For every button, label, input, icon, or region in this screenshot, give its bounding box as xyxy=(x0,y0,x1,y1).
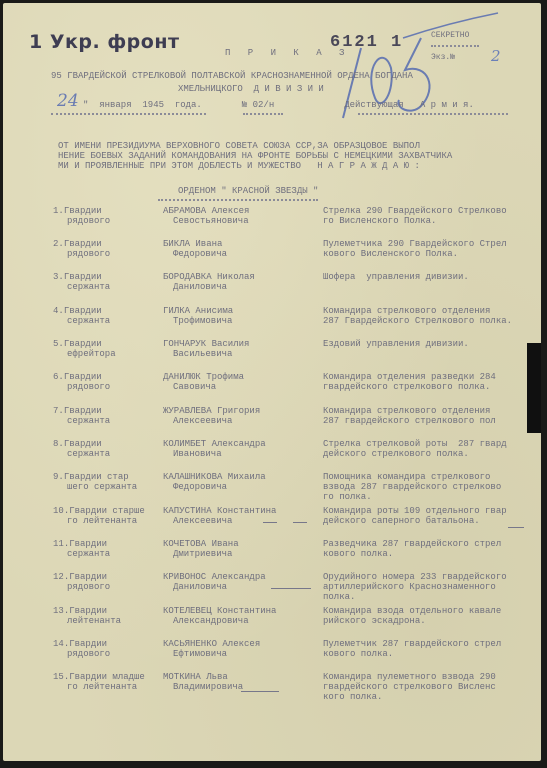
awardee-position: Стрелка 290 Гвардейского Стрелкового Вис… xyxy=(323,206,507,226)
name-line: Александровича xyxy=(163,616,249,626)
awardee-rank: 3.Гвардиисержанта xyxy=(53,272,110,292)
awardee-number: 8 xyxy=(53,439,58,449)
position-line: артиллерийского Краснознаменного xyxy=(323,582,496,592)
ink-dash xyxy=(241,691,279,692)
awardee-row: 1.ГвардиирядовогоАБРАМОВА АлексеяСевость… xyxy=(3,206,541,238)
rank-line: сержанта xyxy=(53,449,110,459)
name-line: ГИЛКА Анисима xyxy=(163,306,233,316)
name-line: ГОНЧАРУК Василия xyxy=(163,339,249,349)
awardee-number: 3 xyxy=(53,272,58,282)
position-line: кового полка. xyxy=(323,549,393,559)
awardee-name: КОЧЕТОВА ИванаДмитриевича xyxy=(163,539,239,559)
awardee-rank: 14.Гвардиирядового xyxy=(53,639,110,659)
awardee-row: 7.ГвардиисержантаЖУРАВЛЕВА ГригорияАлекс… xyxy=(3,406,541,438)
rank-line: рядового xyxy=(53,382,110,392)
position-line: полка. xyxy=(323,592,355,602)
name-line: КАЛАШНИКОВА Михаила xyxy=(163,472,266,482)
awardee-name: КОТЕЛЕВЕЦ КонстантинаАлександровича xyxy=(163,606,276,626)
ink-dash xyxy=(271,588,311,589)
rank-line: сержанта xyxy=(53,316,110,326)
awardee-rank: 8.Гвардиисержанта xyxy=(53,439,110,459)
name-line: КОЧЕТОВА Ивана xyxy=(163,539,239,549)
rank-line: Гвардии xyxy=(69,606,107,616)
awardee-rank: 1.Гвардиирядового xyxy=(53,206,110,226)
location: Действующая А р м и я. xyxy=(344,100,474,110)
awardee-row: 9.Гвардии старшего сержантаКАЛАШНИКОВА М… xyxy=(3,472,541,504)
position-line: Разведчика 287 гвардейского стрел xyxy=(323,539,501,549)
awardee-rank: 7.Гвардиисержанта xyxy=(53,406,110,426)
rank-line: Гвардии младше xyxy=(69,672,145,682)
position-line: гвардейского стрелкового полка. xyxy=(323,382,490,392)
rank-line: сержанта xyxy=(53,282,110,292)
name-line: Даниловича xyxy=(163,282,227,292)
awardee-number: 14 xyxy=(53,639,64,649)
name-line: Ефтимовича xyxy=(163,649,227,659)
awardee-rank: 5.Гвардииефрейтора xyxy=(53,339,116,359)
awardee-position: Командира пулеметного взвода 290гвардейс… xyxy=(323,672,496,702)
position-line: Командира взода отдельного кавале xyxy=(323,606,501,616)
rank-line: Гвардии xyxy=(69,639,107,649)
awardee-number: 13 xyxy=(53,606,64,616)
rank-line: сержанта xyxy=(53,416,110,426)
awardee-name: КАЛАШНИКОВА МихаилаФедоровича xyxy=(163,472,266,492)
rank-line: Гвардии xyxy=(69,572,107,582)
position-line: Орудийного номера 233 гвардейского xyxy=(323,572,507,582)
position-line: кого полка. xyxy=(323,692,382,702)
name-line: ДАНИЛЮК Трофима xyxy=(163,372,244,382)
name-line: КОЛИМБЕТ Александра xyxy=(163,439,266,449)
awardee-number: 5 xyxy=(53,339,58,349)
name-line: КРИВОНОС Александра xyxy=(163,572,266,582)
preamble-line-2: НЕНИЕ БОЕВЫХ ЗАДАНИЙ КОМАНДОВАНИЯ НА ФРО… xyxy=(58,151,452,161)
awardee-position: Разведчика 287 гвардейского стрелкового … xyxy=(323,539,501,559)
awardee-row: 5.ГвардииефрейтораГОНЧАРУК ВасилияВасиль… xyxy=(3,339,541,371)
rank-line: шего сержанта xyxy=(53,482,137,492)
position-line: дейского стрелкового полка. xyxy=(323,449,469,459)
unit-name-line-2: ХМЕЛЬНИЦКОГО Д И В И З И И xyxy=(178,84,324,94)
name-line: КОТЕЛЕВЕЦ Константина xyxy=(163,606,276,616)
awardee-position: Пулеметчика 290 Гвардейского Стрелкового… xyxy=(323,239,507,259)
awardee-number: 9 xyxy=(53,472,58,482)
position-line: 287 Гвардейского Стрелкового полка. xyxy=(323,316,512,326)
rank-line: Гвардии xyxy=(64,339,102,349)
preamble-line-1: ОТ ИМЕНИ ПРЕЗИДИУМА ВЕРХОВНОГО СОВЕТА СО… xyxy=(58,141,420,151)
position-line: Командира стрелкового отделения xyxy=(323,406,490,416)
awardee-number: 4 xyxy=(53,306,58,316)
rank-line: Гвардии xyxy=(64,406,102,416)
position-line: взвода 287 гвардейского стрелково xyxy=(323,482,501,492)
name-line: Трофимовича xyxy=(163,316,232,326)
awardee-rank: 10.Гвардии старшего лейтенанта xyxy=(53,506,145,526)
rank-line: Гвардии xyxy=(64,272,102,282)
rank-line: Гвардии xyxy=(64,306,102,316)
awardee-name: БОРОДАВКА НиколаяДаниловича xyxy=(163,272,255,292)
document-page: 1 Укр. фронт 6121 1 СЕКРЕТНО Экз.№ 2 П Р… xyxy=(3,3,541,761)
awardee-row: 4.ГвардиисержантаГИЛКА АнисимаТрофимович… xyxy=(3,306,541,338)
date-line: " января 1945 года.№ 02/нДействующая А р… xyxy=(51,100,474,110)
position-line: Командира отделения разведки 284 xyxy=(323,372,496,382)
unit-name-line-1: 95 ГВАРДЕЙСКОЙ СТРЕЛКОВОЙ ПОЛТАВСКОЙ КРА… xyxy=(51,71,413,81)
position-line: Помощника командира стрелкового xyxy=(323,472,490,482)
order-no-underline xyxy=(243,113,283,115)
position-line: Стрелка 290 Гвардейского Стрелково xyxy=(323,206,507,216)
awardee-name: МОТКИНА ЛьваВладимировича xyxy=(163,672,243,692)
awardee-position: Стрелка стрелковой роты 287 гварддейског… xyxy=(323,439,507,459)
awardee-name: ЖУРАВЛЕВА ГригорияАлексеевича xyxy=(163,406,260,426)
position-line: Шофера управления дивизии. xyxy=(323,272,469,282)
awardee-position: Ездовий управления дивизии. xyxy=(323,339,469,349)
awardee-number: 2 xyxy=(53,239,58,249)
position-line: го Висленского Полка. xyxy=(323,216,436,226)
position-line: рийского эскадрона. xyxy=(323,616,426,626)
awardee-number: 7 xyxy=(53,406,58,416)
awardee-rank: 6.Гвардиирядового xyxy=(53,372,110,392)
handwritten-105-annotation xyxy=(333,8,503,128)
awardee-position: Командира стрелкового отделения287 Гвард… xyxy=(323,306,512,326)
name-line: Алексеевича xyxy=(163,516,232,526)
rank-line: Гвардии xyxy=(64,439,102,449)
rank-line: Гвардии xyxy=(69,539,107,549)
page-edge-tear xyxy=(527,343,541,433)
awardee-number: 11 xyxy=(53,539,64,549)
rank-line: рядового xyxy=(53,249,110,259)
rank-line: Гвардии стар xyxy=(64,472,129,482)
awardee-row: 2.ГвардиирядовогоБИКЛА ИванаФедоровичаПу… xyxy=(3,239,541,271)
location-underline xyxy=(358,113,508,115)
awardee-number: 1 xyxy=(53,206,58,216)
rank-line: го лейтенанта xyxy=(53,682,137,692)
name-line: Севостьяновича xyxy=(163,216,249,226)
rank-line: рядового xyxy=(53,582,110,592)
position-line: 287 гвардейского стрелкового пол xyxy=(323,416,496,426)
awardee-rank: 9.Гвардии старшего сержанта xyxy=(53,472,137,492)
order-number: № 02/н xyxy=(242,100,274,110)
ink-dash xyxy=(263,522,277,523)
date-underline xyxy=(51,113,206,115)
awardee-position: Пулеметчик 287 гвардейского стрелкового … xyxy=(323,639,501,659)
awardee-position: Помощника командира стрелковоговзвода 28… xyxy=(323,472,501,502)
rank-line: сержанта xyxy=(53,549,110,559)
position-line: Пулеметчика 290 Гвардейского Стрел xyxy=(323,239,507,249)
position-line: Ездовий управления дивизии. xyxy=(323,339,469,349)
rank-line: Гвардии xyxy=(64,239,102,249)
rank-line: Гвардии старше xyxy=(69,506,145,516)
award-heading: ОРДЕНОМ " КРАСНОЙ ЗВЕЗДЫ " xyxy=(178,186,318,196)
awardee-row: 13.ГвардиилейтенантаКОТЕЛЕВЕЦ Константин… xyxy=(3,606,541,638)
name-line: КАСЬЯНЕНКО Алексея xyxy=(163,639,260,649)
position-line: го полка. xyxy=(323,492,372,502)
position-line: Командира роты 109 отдельного гвар xyxy=(323,506,507,516)
name-line: БИКЛА Ивана xyxy=(163,239,222,249)
awardee-name: АБРАМОВА АлексеяСевостьяновича xyxy=(163,206,249,226)
awardee-position: Командира роты 109 отдельного гвардейско… xyxy=(323,506,507,526)
awardee-number: 6 xyxy=(53,372,58,382)
name-line: БОРОДАВКА Николая xyxy=(163,272,255,282)
awardee-rank: 12.Гвардиирядового xyxy=(53,572,110,592)
rank-line: лейтенанта xyxy=(53,616,121,626)
awardee-position: Командира стрелкового отделения287 гвард… xyxy=(323,406,496,426)
awardee-row: 6.ГвардиирядовогоДАНИЛЮК ТрофимаСавовича… xyxy=(3,372,541,404)
name-line: КАПУСТИНА Константина xyxy=(163,506,276,516)
awardee-rank: 4.Гвардиисержанта xyxy=(53,306,110,326)
name-line: МОТКИНА Льва xyxy=(163,672,228,682)
name-line: Владимировича xyxy=(163,682,243,692)
name-line: Даниловича xyxy=(163,582,227,592)
ink-dash xyxy=(508,527,524,528)
awardee-rank: 13.Гвардиилейтенанта xyxy=(53,606,121,626)
name-line: Ивановича xyxy=(163,449,222,459)
awardee-name: ГИЛКА АнисимаТрофимовича xyxy=(163,306,233,326)
rank-line: го лейтенанта xyxy=(53,516,137,526)
position-line: Командира пулеметного взвода 290 xyxy=(323,672,496,682)
rank-line: рядового xyxy=(53,216,110,226)
awardee-name: КАСЬЯНЕНКО АлексеяЕфтимовича xyxy=(163,639,260,659)
awardee-name: КРИВОНОС АлександраДаниловича xyxy=(163,572,266,592)
awardee-name: КАПУСТИНА КонстантинаАлексеевича xyxy=(163,506,276,526)
awardee-position: Орудийного номера 233 гвардейскогоартилл… xyxy=(323,572,507,602)
name-line: Васильевича xyxy=(163,349,232,359)
awardee-row: 14.ГвардиирядовогоКАСЬЯНЕНКО АлексеяЕфти… xyxy=(3,639,541,671)
rank-line: Гвардии xyxy=(64,206,102,216)
awardee-row: 3.ГвардиисержантаБОРОДАВКА НиколаяДанило… xyxy=(3,272,541,304)
awardee-name: ГОНЧАРУК ВасилияВасильевича xyxy=(163,339,249,359)
awardee-row: 15.Гвардии младшего лейтенантаМОТКИНА Ль… xyxy=(3,672,541,704)
date-text: " января 1945 года. xyxy=(83,100,202,110)
awardee-row: 8.ГвардиисержантаКОЛИМБЕТ АлександраИван… xyxy=(3,439,541,471)
position-line: кового полка. xyxy=(323,649,393,659)
front-stamp: 1 Укр. фронт xyxy=(29,31,179,53)
name-line: Федоровича xyxy=(163,249,227,259)
name-line: Алексеевича xyxy=(163,416,232,426)
awardee-name: КОЛИМБЕТ АлександраИвановича xyxy=(163,439,266,459)
awardee-row: 11.ГвардиисержантаКОЧЕТОВА ИванаДмитриев… xyxy=(3,539,541,571)
awardee-name: БИКЛА ИванаФедоровича xyxy=(163,239,227,259)
preamble-line-3: МИ И ПРОЯВЛЕННЫЕ ПРИ ЭТОМ ДОБЛЕСТЬ И МУЖ… xyxy=(58,161,420,171)
awardee-position: Командира взода отдельного кавалерийског… xyxy=(323,606,501,626)
position-line: Стрелка стрелковой роты 287 гвард xyxy=(323,439,507,449)
name-line: Дмитриевича xyxy=(163,549,232,559)
awardee-name: ДАНИЛЮК ТрофимаСавовича xyxy=(163,372,244,392)
position-line: кового Висленского Полка. xyxy=(323,249,458,259)
rank-line: Гвардии xyxy=(64,372,102,382)
awardee-position: Шофера управления дивизии. xyxy=(323,272,469,282)
rank-line: ефрейтора xyxy=(53,349,116,359)
position-line: Пулеметчик 287 гвардейского стрел xyxy=(323,639,501,649)
ink-dash xyxy=(293,522,307,523)
name-line: Савовича xyxy=(163,382,216,392)
name-line: АБРАМОВА Алексея xyxy=(163,206,249,216)
awardee-position: Командира отделения разведки 284гвардейс… xyxy=(323,372,496,392)
name-line: Федоровича xyxy=(163,482,227,492)
name-line: ЖУРАВЛЕВА Григория xyxy=(163,406,260,416)
awardee-number: 15 xyxy=(53,672,64,682)
awardee-rank: 11.Гвардиисержанта xyxy=(53,539,110,559)
position-line: Командира стрелкового отделения xyxy=(323,306,490,316)
awardee-rank: 2.Гвардиирядового xyxy=(53,239,110,259)
awardee-number: 12 xyxy=(53,572,64,582)
position-line: дейского саперного батальона. xyxy=(323,516,480,526)
awardee-number: 10 xyxy=(53,506,64,516)
position-line: гвардейского стрелкового Висленс xyxy=(323,682,496,692)
award-underline xyxy=(158,199,318,201)
rank-line: рядового xyxy=(53,649,110,659)
document-title: П Р И К А З xyxy=(225,48,350,58)
awardee-rank: 15.Гвардии младшего лейтенанта xyxy=(53,672,145,692)
